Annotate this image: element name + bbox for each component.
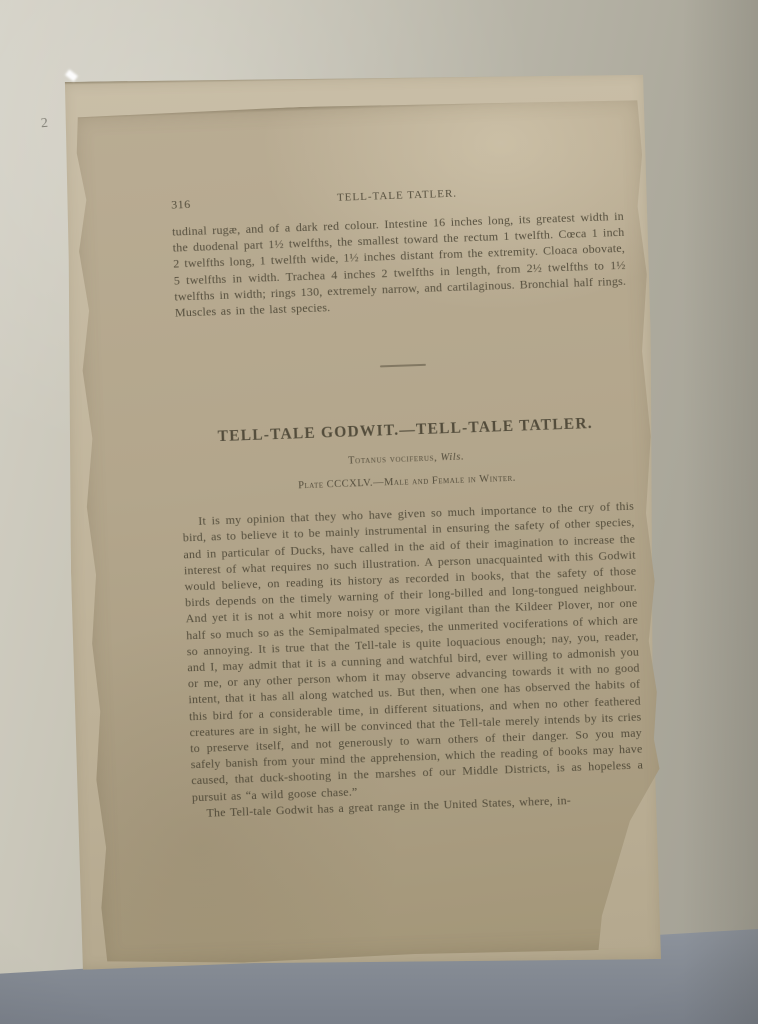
running-title: TELL-TALE TATLER.	[171, 182, 623, 210]
photograph-of-book-page: 2 316 TELL-TALE TATLER. tudinal rugæ, an…	[0, 0, 758, 1024]
species-heading: TELL-TALE GODWIT.—TELL-TALE TATLER.	[179, 414, 631, 448]
scientific-name-line: Totanus vociferus, Wils.	[180, 446, 632, 473]
book-page: 316 TELL-TALE TATLER. tudinal rugæ, and …	[72, 95, 671, 967]
plate-caption-line: Plate CCCXLV.—Male and Female in Winter.	[181, 469, 633, 496]
scientific-name: Totanus vociferus,	[348, 453, 438, 467]
page-content: 316 TELL-TALE TATLER. tudinal rugæ, and …	[72, 95, 671, 967]
paragraph-anatomy: tudinal rugæ, and of a dark red colour. …	[172, 208, 627, 321]
authority-abbreviation: Wils.	[437, 452, 464, 464]
section-divider-rule	[380, 364, 426, 368]
light-glint	[65, 69, 78, 81]
paragraph-main: It is my opinion that they who have give…	[182, 498, 644, 805]
pencil-mark: 2	[40, 116, 48, 133]
